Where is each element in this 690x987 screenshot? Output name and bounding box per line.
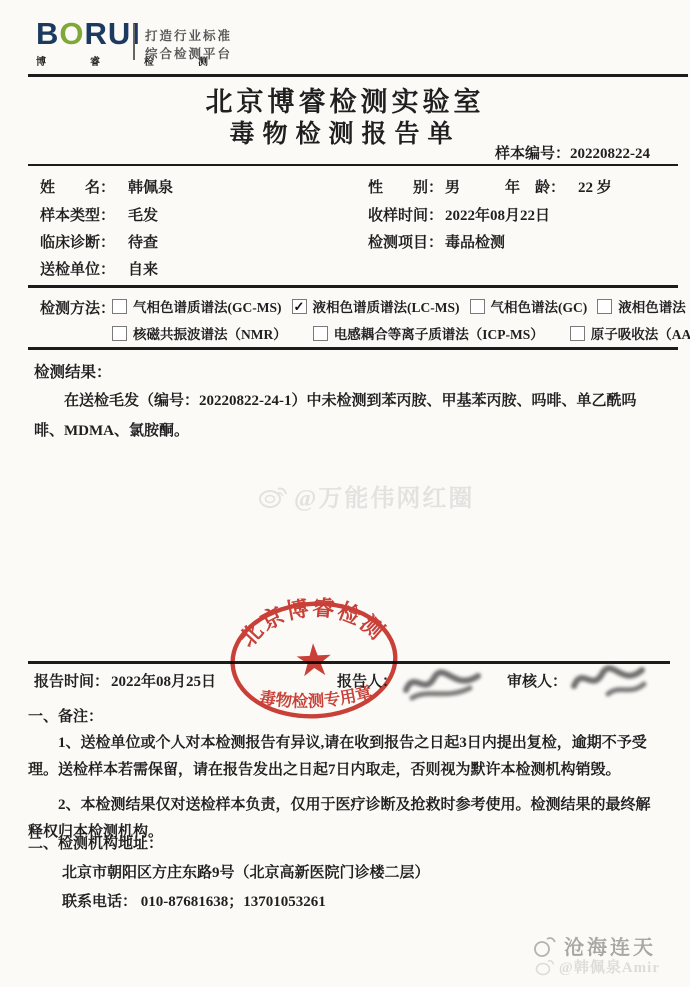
method-option-aas: 原子吸收法（AAS）	[570, 323, 690, 343]
checkbox-icon	[597, 299, 612, 314]
checkbox-icon	[470, 299, 485, 314]
bottom-watermark-2-text: @韩佩泉Amir	[559, 956, 660, 977]
checkbox-icon	[313, 326, 328, 341]
report-time-field: 报告时间： 2022年08月25日	[34, 670, 216, 691]
checkbox-icon	[570, 326, 585, 341]
age-value: 22 岁	[578, 176, 612, 197]
receive-time-label: 收样时间：	[368, 204, 443, 225]
methods-rule	[28, 347, 678, 350]
reporter-signature	[398, 662, 486, 704]
agency-phone-value: 010-87681638；13701053261	[141, 894, 326, 910]
gender-label: 性 别：	[368, 176, 443, 197]
test-item-field: 检测项目： 毒品检测	[368, 231, 505, 252]
method-option-label: 原子吸收法（AAS）	[591, 323, 690, 343]
diagnosis-value: 待查	[128, 231, 158, 252]
method-option-label: 气相色谱质谱法(GC-MS)	[133, 296, 282, 316]
header-rule	[28, 74, 688, 77]
weibo-icon-small	[535, 958, 555, 976]
slogan-line1: 打造行业标准	[145, 27, 232, 45]
method-option-label: 液相色谱质谱法(LC-MS)	[313, 296, 460, 316]
logo-slogan: 打造行业标准 综合检测平台	[145, 27, 232, 63]
methods-row1: 气相色谱质谱法(GC-MS) ✓ 液相色谱质谱法(LC-MS) 气相色谱法(GC…	[112, 296, 690, 316]
title-rule	[28, 164, 678, 166]
method-option-icpms: 电感耦合等离子质谱法（ICP-MS）	[313, 323, 544, 343]
agency-section: 二、检测机构地址： 北京市朝阳区方庄东路9号（北京高新医院门诊楼二层） 联系电话…	[28, 832, 662, 911]
slogan-line2: 综合检测平台	[145, 45, 232, 63]
method-option-label: 气相色谱法(GC)	[491, 296, 588, 316]
official-stamp: 北京博睿检测 ★ 毒物检测专用章	[223, 593, 405, 728]
center-watermark-text: @万能伟网红圈	[294, 478, 474, 513]
weibo-icon	[258, 483, 288, 509]
logo-divider	[133, 24, 135, 60]
age-label: 年 龄：	[505, 176, 565, 197]
remarks-item1: 1、送检单位或个人对本检测报告有异议,请在收到报告之日起3日内提出复检，逾期不予…	[28, 730, 662, 784]
agency-phone-label: 联系电话：	[62, 894, 137, 910]
sender-field: 送检单位： 自来	[40, 258, 158, 279]
name-value: 韩佩泉	[128, 176, 173, 197]
scribble-icon	[532, 934, 558, 958]
bottom-watermark-2: @韩佩泉Amir	[535, 956, 660, 977]
methods-label: 检测方法：	[40, 297, 115, 318]
reviewer-signature	[568, 660, 648, 702]
gender-field: 性 别： 男	[368, 176, 460, 197]
name-label: 姓 名：	[40, 176, 115, 197]
reviewer-label: 审核人：	[507, 670, 567, 691]
stamp-star-icon: ★	[293, 635, 336, 687]
diagnosis-field: 临床诊断： 待查	[40, 231, 158, 252]
test-item-label: 检测项目：	[368, 231, 443, 252]
age-field: 年 龄： 22 岁	[505, 176, 612, 197]
receive-time-value: 2022年08月22日	[445, 204, 550, 225]
sample-type-label: 样本类型：	[40, 204, 115, 225]
method-option-lcms: ✓ 液相色谱质谱法(LC-MS)	[292, 296, 460, 316]
name-field: 姓 名： 韩佩泉	[40, 176, 173, 197]
sample-type-value: 毛发	[128, 204, 158, 225]
method-option-label: 电感耦合等离子质谱法（ICP-MS）	[334, 323, 544, 343]
method-option-gcms: 气相色谱质谱法(GC-MS)	[112, 296, 282, 316]
sample-number: 样本编号：20220822-24	[495, 142, 650, 163]
result-text: 在送检毛发（编号：20220822-24-1）中未检测到苯丙胺、甲基苯丙胺、吗啡…	[34, 386, 656, 446]
reporter-label: 报告人：	[337, 670, 397, 691]
method-option-label: 液相色谱法（LC）	[618, 296, 690, 316]
method-option-label: 核磁共振波谱法（NMR）	[133, 323, 287, 343]
report-page: BORUI 博 睿 检 测 打造行业标准 综合检测平台 北京博睿检测实验室 毒物…	[0, 0, 690, 987]
result-label: 检测结果：	[34, 360, 112, 382]
receive-time-field: 收样时间： 2022年08月22日	[368, 204, 550, 225]
agency-phone-line: 联系电话： 010-87681638；13701053261	[28, 890, 662, 911]
test-item-value: 毒品检测	[445, 231, 505, 252]
sample-type-field: 样本类型： 毛发	[40, 204, 158, 225]
agency-title: 二、检测机构地址：	[28, 832, 662, 853]
gender-value: 男	[445, 176, 460, 197]
logo-letter-o: O	[59, 16, 84, 51]
checkbox-icon	[112, 299, 127, 314]
method-option-lc: 液相色谱法（LC）	[597, 296, 690, 316]
report-time-label: 报告时间：	[34, 670, 109, 691]
diagnosis-label: 临床诊断：	[40, 231, 115, 252]
logo-letter-b: B	[36, 16, 59, 51]
sender-value: 自来	[128, 258, 158, 279]
agency-address: 北京市朝阳区方庄东路9号（北京高新医院门诊楼二层）	[28, 861, 662, 882]
checkbox-icon	[112, 326, 127, 341]
center-watermark: @万能伟网红圈	[258, 478, 474, 513]
sender-label: 送检单位：	[40, 258, 115, 279]
report-time-value: 2022年08月25日	[111, 670, 216, 691]
methods-row2: 核磁共振波谱法（NMR） 电感耦合等离子质谱法（ICP-MS） 原子吸收法（AA…	[112, 323, 690, 343]
checkbox-checked-icon: ✓	[292, 299, 307, 314]
method-option-nmr: 核磁共振波谱法（NMR）	[112, 323, 287, 343]
info-rule	[28, 285, 678, 288]
method-option-gc: 气相色谱法(GC)	[470, 296, 588, 316]
